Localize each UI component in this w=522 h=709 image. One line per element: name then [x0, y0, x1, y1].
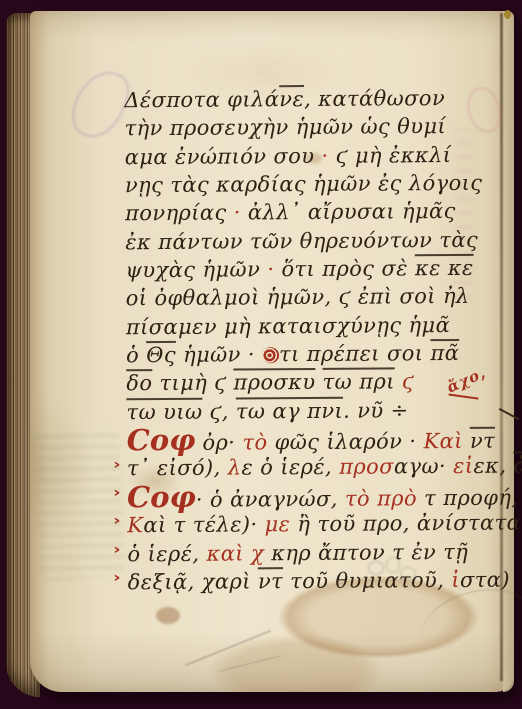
text-segment: ὁ ἱερέ, [127, 541, 206, 566]
faint-scratch-line [219, 655, 281, 672]
rubric-initial: Ϲοφ [127, 423, 196, 457]
margin-quote-mark-icon: › [113, 570, 121, 586]
manuscript-line: ἐκ πάντων τῶν θηρευόντων τὰς [125, 225, 489, 256]
text-segment: ἐκ πάντων τῶν θηρευόντων τὰς [125, 228, 478, 254]
text-segment: πίσαμεν μὴ καταισχύνῃς ἡμᾶ [126, 313, 450, 339]
text-segment: αμα ἐνώπιόν σου [125, 144, 322, 169]
text-segment: ντ [470, 429, 495, 453]
text-segment: τι πρέπει σοι [279, 341, 431, 366]
ornamental-initial: Ο [262, 347, 279, 363]
parchment-page: Δέσποτα φιλάνε, κατάθωσοντὴν προσευχὴν ἡ… [30, 11, 514, 692]
margin-quote-mark-icon: › [113, 542, 121, 558]
text-segment: Θς [146, 343, 176, 367]
manuscript-line: τ᾽ εἰσό), λε ὁ ἱερέ, προσαγω· εἰεκ, ἀπ. [127, 452, 491, 483]
text-segment: ψυχὰς ἡμῶν [125, 257, 267, 282]
text-segment: . νῦ ÷ [343, 398, 409, 422]
ink-showthrough [32, 425, 126, 581]
manuscript-line: ὁ Θς ἡμῶν · Οτι πρέπει σοι πᾶ [126, 339, 490, 370]
text-segment: κε κε [415, 256, 474, 280]
rubric-segment: τὸ [242, 430, 274, 454]
margin-quote-mark-icon: › [113, 513, 121, 529]
gilt-speck [504, 10, 511, 19]
text-segment: νε [279, 87, 304, 111]
rubric-segment: Κ [127, 513, 143, 537]
text-segment: αγω· [394, 454, 453, 478]
rubric-segment: με [264, 512, 290, 536]
text-segment: ὀρ· [195, 431, 242, 455]
text-segment: τιμὴ ϛ [152, 371, 233, 396]
manuscript-line: Ϲοφ ὀρ· τὸ φῶς ἱλαρόν · Καὶ ντ [127, 424, 491, 455]
text-segment: προσκυ [233, 370, 315, 395]
rubric-segment: καὶ χ [206, 541, 271, 565]
manuscript-line: ψυχὰς ἡμῶν · ὅτι πρὸς σὲ κε κε [125, 254, 489, 285]
text-segment: τω πρι [323, 370, 395, 395]
text-segment: ἢ τοῦ προ, ἀνίσταται [290, 511, 522, 537]
text-segment: οἱ ὀφθαλμοὶ ἡμῶν, ϛ ἐπὶ σοὶ ἠλ [126, 284, 470, 310]
rubric-segment: Καὶ [423, 429, 470, 453]
text-segment: ϛ μὴ ἐκκλί [329, 143, 452, 168]
text-segment: ἀλλ᾽ αἴρυσαι ἡμᾶς [241, 199, 456, 225]
manuscript-line: πίσαμεν μὴ καταισχύνῃς ἡμᾶ [126, 310, 490, 341]
text-segment: πονηρίας [125, 201, 234, 226]
manuscript-line: νῃς τὰς καρδίας ἡμῶν ἐς λόγοις [125, 169, 489, 200]
margin-quote-mark-icon: › [113, 485, 121, 501]
text-segment: τ᾽ εἰσό), [127, 456, 228, 481]
text-segment: · ὁ ἀναγνώσ, [196, 487, 345, 512]
text-segment: ἀπ [513, 454, 522, 478]
rubric-segment: τὸ πρὸ [345, 486, 424, 511]
manuscript-line: Καὶ τ τέλε)· με ἢ τοῦ προ, ἀνίσταται [127, 509, 491, 540]
text-segment: δεξιᾷ, χαρὶ [128, 569, 258, 594]
manuscript-photo: Δέσποτα φιλάνε, κατάθωσοντὴν προσευχὴν ἡ… [0, 0, 522, 709]
rubric-segment: εἰ [453, 454, 473, 478]
text-block: Δέσποτα φιλάνε, κατάθωσοντὴν προσευχὴν ἡ… [124, 84, 492, 597]
ink-stain-spot [156, 607, 180, 624]
margin-quote-mark-icon: › [113, 457, 121, 473]
rubric-segment: προσ [339, 455, 394, 479]
text-segment: ὅτι πρὸς σὲ [274, 256, 415, 281]
manuscript-line: δο τιμὴ ϛ προσκυ τω πρι ϛ [126, 367, 490, 398]
text-segment: ϛ, [202, 399, 236, 423]
text-segment: ντ [258, 569, 283, 593]
rubric-initial: Ϲοφ [127, 480, 196, 514]
text-segment: τω υιω [126, 400, 202, 425]
text-segment: τὴν προσευχὴν ἡμῶν ὡς θυμί [124, 114, 446, 140]
text-segment: τ προφή, [424, 485, 518, 510]
manuscript-line: τω υιω ϛ, τω αγ πνι. νῦ ÷ [126, 396, 490, 427]
manuscript-line: ὁ ἱερέ, καὶ χ κηρ ἄπτον τ ἐν τῇ [127, 537, 491, 568]
text-segment: εκ, [473, 454, 513, 478]
text-segment: φῶς ἱλαρόν · [274, 429, 423, 454]
text-segment: κηρ ἄπτον τ ἐν τῇ [271, 539, 468, 564]
manuscript-line: Ϲοφ· ὁ ἀναγνώσ, τὸ πρὸ τ προφή, [127, 481, 491, 512]
text-segment: τοῦ θυμιατοῦ, [283, 568, 451, 593]
text-segment: ε ὁ ἱερέ, [241, 455, 339, 480]
rubric-segment: λ [228, 456, 242, 480]
text-segment: ἡμῶν · [176, 342, 262, 367]
manuscript-line: δεξιᾷ, χαρὶ ντ τοῦ θυμιατοῦ, ἰστα) [128, 566, 492, 597]
text-segment: Δέσποτα φιλά [124, 87, 279, 112]
text-segment: τω αγ πνι [236, 399, 343, 424]
text-segment: , κατάθωσον [304, 86, 445, 111]
text-segment: νῃς τὰς καρδίας ἡμῶν ἐς λόγοις [125, 171, 483, 197]
manuscript-line: πονηρίας · ἀλλ᾽ αἴρυσαι ἡμᾶς [125, 197, 489, 228]
text-segment: αὶ τ τέλε)· [143, 512, 264, 537]
text-segment: πᾶ [430, 341, 459, 365]
text-segment: στα) [460, 567, 510, 591]
text-segment: ὁ [126, 343, 146, 367]
manuscript-line: τὴν προσευχὴν ἡμῶν ὡς θυμί [124, 112, 488, 143]
manuscript-line: οἱ ὀφθαλμοὶ ἡμῶν, ϛ ἐπὶ σοὶ ἠλ [126, 282, 490, 313]
text-segment: δο [126, 372, 152, 396]
rubric-segment: ϛ [402, 370, 414, 394]
manuscript-line: Δέσποτα φιλάνε, κατάθωσον [124, 84, 488, 115]
manuscript-line: αμα ἐνώπιόν σου · ϛ μὴ ἐκκλί [125, 140, 489, 171]
